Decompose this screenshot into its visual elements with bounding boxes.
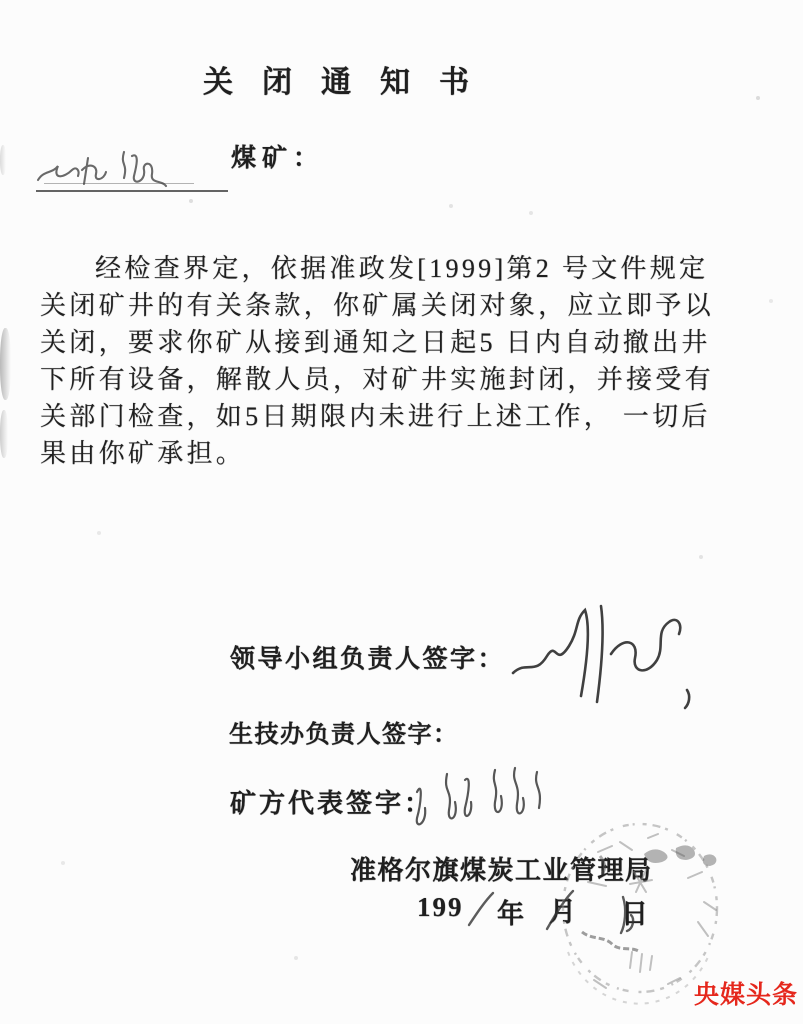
body-line-3: 关闭，要求你矿从接到通知之日起5 日内自动撤出井 <box>40 324 752 361</box>
mine-rep-handwritten-signature <box>403 758 568 853</box>
toner-smudges <box>644 845 716 866</box>
scan-edge-artifact <box>0 328 11 400</box>
scan-speckles <box>0 0 2 2</box>
body-line-6: 果由你矿承担。 <box>40 435 752 472</box>
mine-name-underline <box>36 186 228 192</box>
office-signature-label: 生技办负责人签字： <box>229 714 459 749</box>
scan-edge-artifact <box>0 145 6 175</box>
leader-signature-label: 领导小组负责人签字： <box>230 639 505 675</box>
document-title: 关闭通知书 <box>203 57 498 101</box>
leader-handwritten-signature <box>505 598 700 713</box>
watermark-text: 央媒头条 <box>694 975 798 1011</box>
addressee-label: 煤矿： <box>231 138 324 174</box>
scan-edge-artifact <box>0 410 8 458</box>
body-line-5: 关部门检查，如5日期限内未进行上述工作， 一切后 <box>40 398 752 435</box>
body-line-2: 关闭矿井的有关条款，你矿属关闭对象，应立即予以 <box>40 287 752 324</box>
notice-body: 经检查界定，依据准政发[1999]第2 号文件规定 关闭矿井的有关条款，你矿属关… <box>40 250 752 472</box>
body-line-1: 经检查界定，依据准政发[1999]第2 号文件规定 <box>40 250 752 287</box>
scanned-document-page: 关闭通知书 煤矿： 经检查界定，依据准政发[1999]第2 号文件规定 关闭矿井… <box>0 0 803 1024</box>
body-line-4: 下所有设备，解散人员，对矿井实施封闭，并接受有 <box>40 361 752 398</box>
